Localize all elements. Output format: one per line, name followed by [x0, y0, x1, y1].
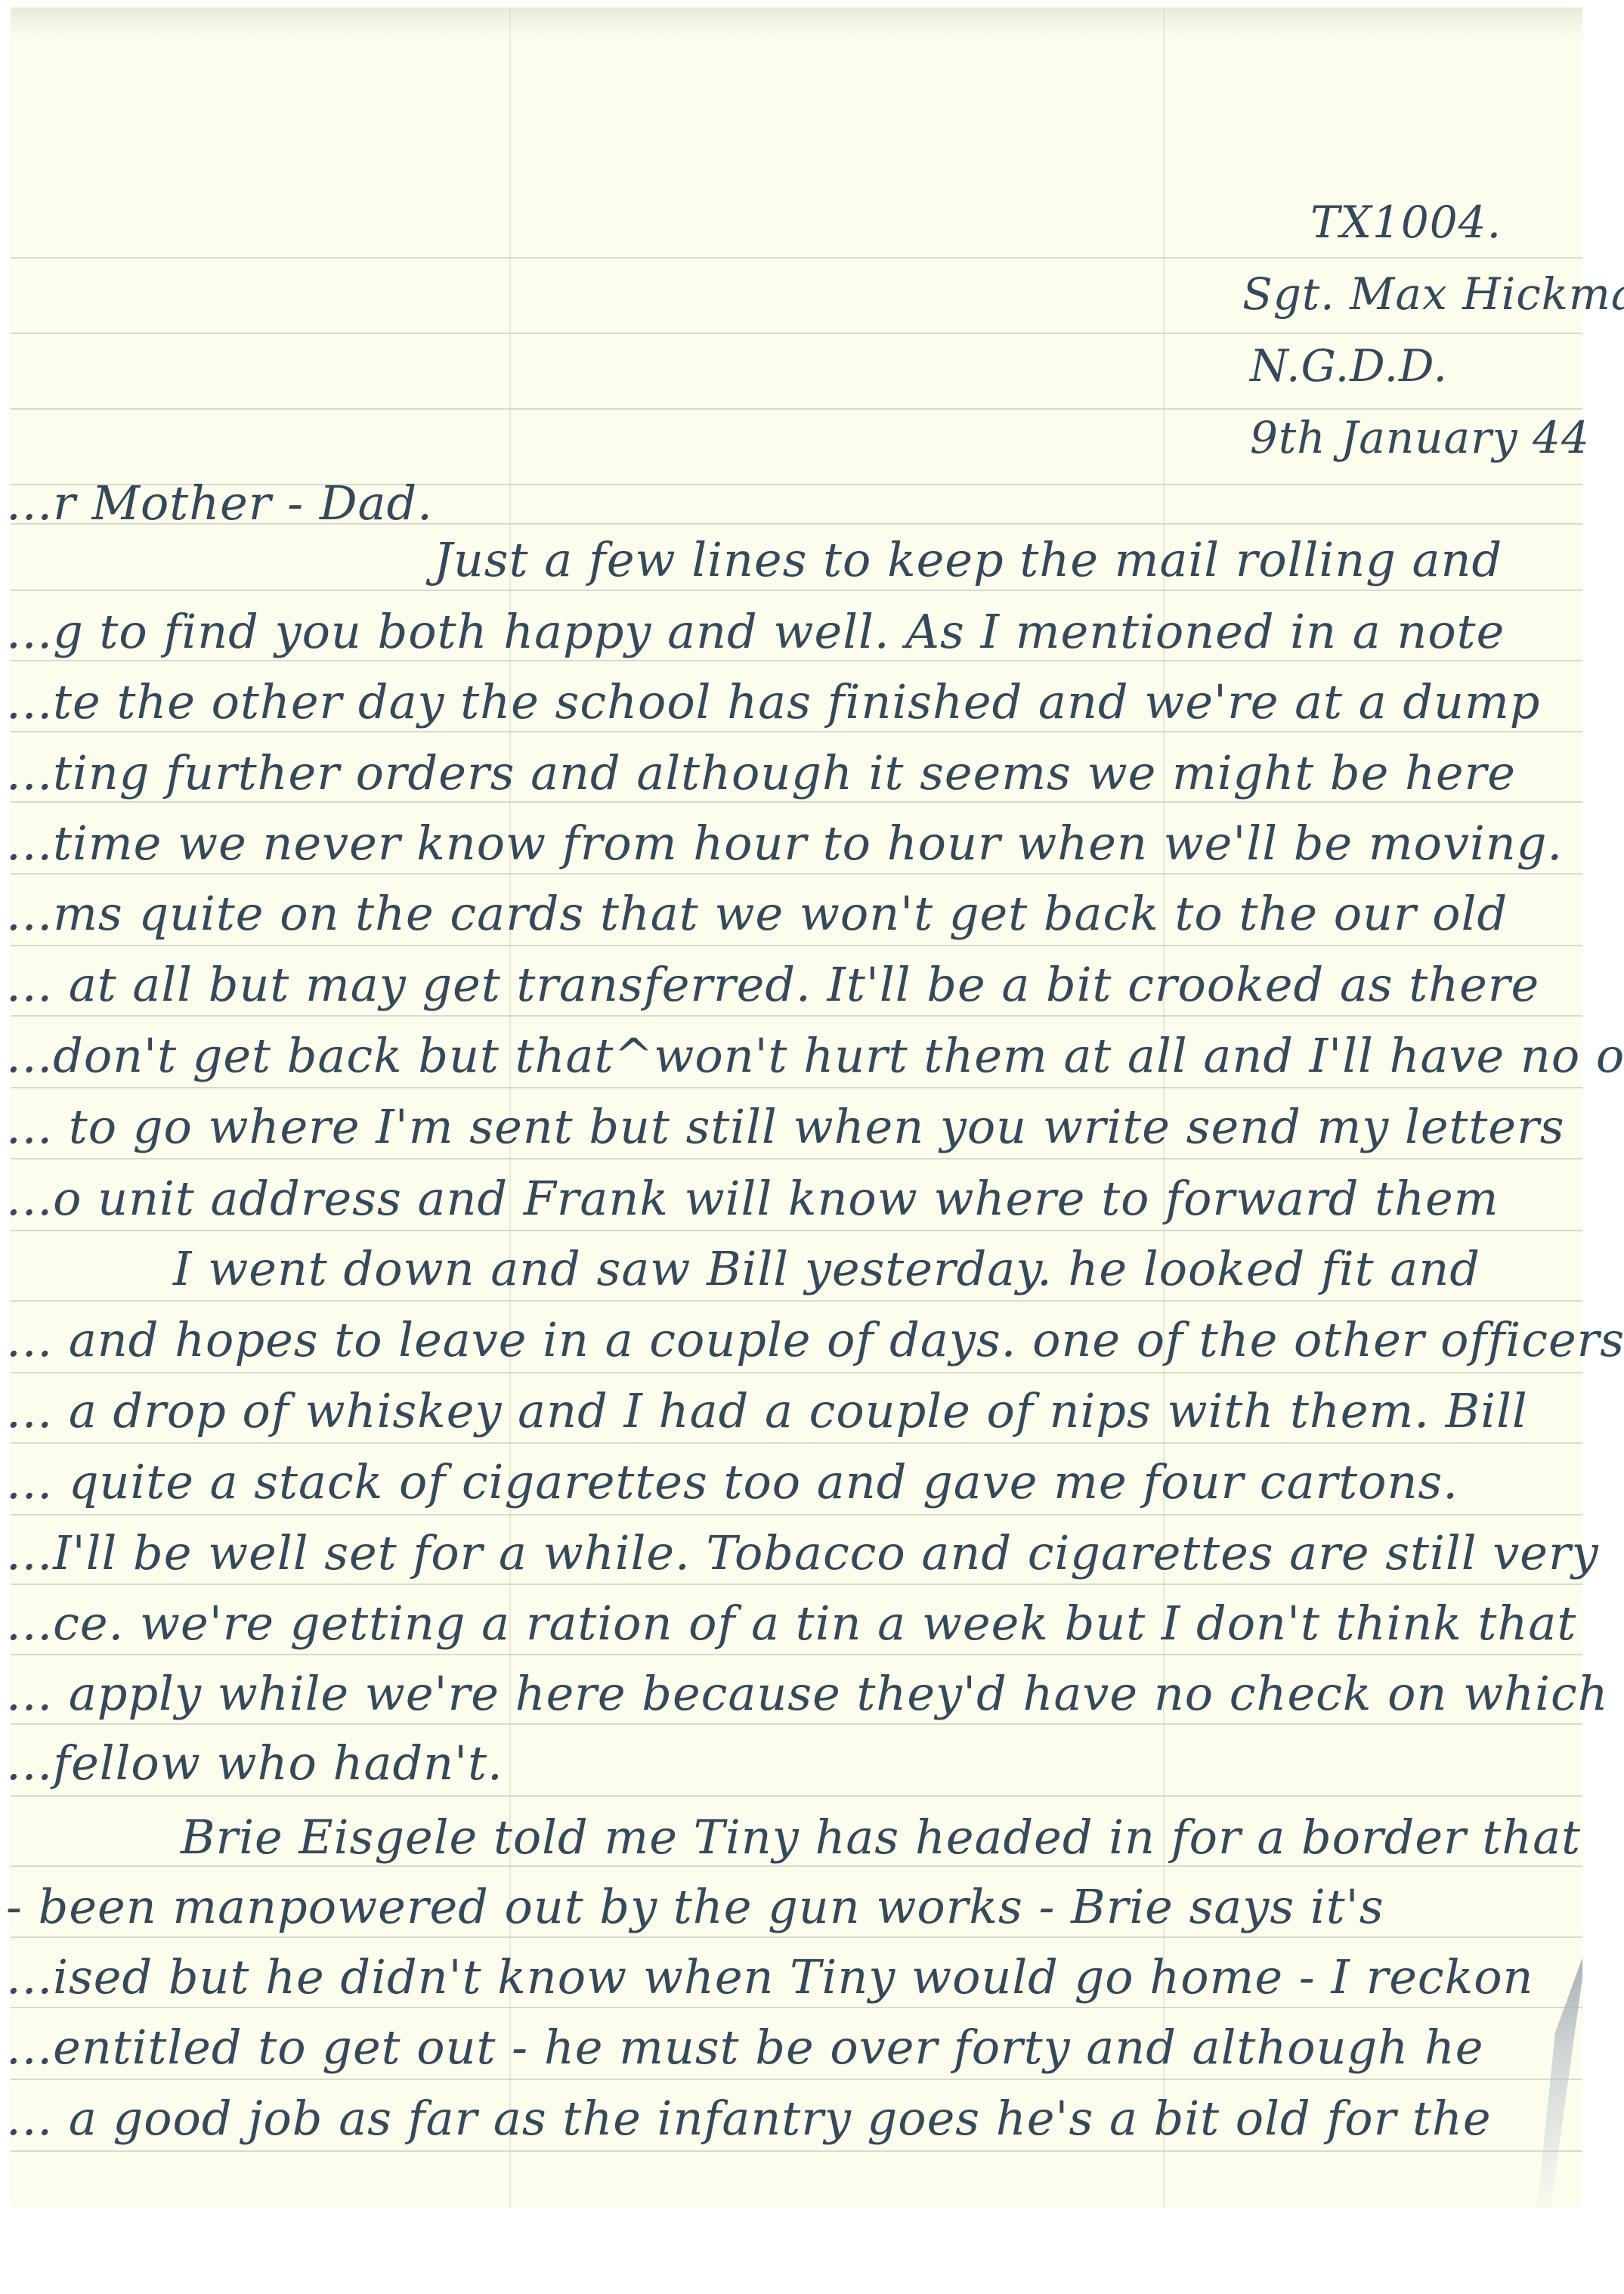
- letter-line: ... a good job as far as the infantry go…: [6, 2095, 1492, 2142]
- ruled-line: [11, 1865, 1582, 1867]
- sender-name: Sgt. Max Hickman: [1242, 272, 1624, 316]
- ruled-line: [11, 1087, 1582, 1088]
- ruled-line: [11, 731, 1582, 732]
- ruled-line: [11, 1514, 1582, 1515]
- ruled-line: [11, 1372, 1582, 1373]
- letter-line: ... at all but may get transferred. It'l…: [6, 961, 1539, 1008]
- letter-line: ...don't get back but that^won't hurt th…: [6, 1032, 1624, 1079]
- ruled-line: [11, 1723, 1582, 1725]
- letter-line: ... and hopes to leave in a couple of da…: [6, 1317, 1624, 1364]
- page-corner-curl: [1537, 1958, 1582, 2207]
- service-number: TX1004.: [1310, 200, 1502, 244]
- letter-line: ...ms quite on the cards that we won't g…: [6, 890, 1508, 937]
- ruled-line: [11, 1158, 1582, 1159]
- letter-line: ... to go where I'm sent but still when …: [6, 1104, 1565, 1150]
- letter-line: ... apply while we're here because they'…: [6, 1670, 1609, 1717]
- ruled-line: [11, 801, 1582, 803]
- letter-line: ...ised but he didn't know when Tiny wou…: [6, 1954, 1533, 2001]
- letter-line: ...fellow who hadn't.: [6, 1740, 503, 1787]
- ruled-line: [11, 1442, 1582, 1444]
- letter-line: ...o unit address and Frank will know wh…: [6, 1175, 1499, 1222]
- ruled-line: [11, 2079, 1582, 2080]
- ruled-line: [11, 1584, 1582, 1585]
- ruled-line: [11, 257, 1582, 259]
- letter-date: 9th January 44: [1250, 416, 1590, 460]
- letter-line: ...g to find you both happy and well. As…: [6, 608, 1505, 655]
- letter-line: ...ce. we're getting a ration of a tin a…: [6, 1600, 1576, 1647]
- ruled-line: [11, 1230, 1582, 1231]
- letter-line: Just a few lines to keep the mail rollin…: [434, 537, 1502, 584]
- letter-line: ...ting further orders and although it s…: [6, 750, 1516, 797]
- letter-line: - been manpowered out by the gun works -…: [6, 1884, 1384, 1930]
- ruled-line: [11, 1300, 1582, 1302]
- ruled-line: [11, 660, 1582, 661]
- letter-line: ...entitled to get out - he must be over…: [6, 2024, 1483, 2071]
- salutation: ...r Mother - Dad.: [6, 480, 433, 527]
- ruled-line: [11, 2150, 1582, 2152]
- letter-line: ...te the other day the school has finis…: [6, 679, 1540, 726]
- letter-line: ... a drop of whiskey and I had a couple…: [6, 1388, 1528, 1435]
- letter-page: TX1004. Sgt. Max Hickman N.G.D.D. 9th Ja…: [11, 8, 1582, 2207]
- ruled-line: [11, 333, 1582, 334]
- ruled-line: [11, 1936, 1582, 1938]
- letter-line: Brie Eisgele told me Tiny has headed in …: [181, 1814, 1581, 1861]
- letter-line: I went down and saw Bill yesterday. he l…: [173, 1246, 1480, 1293]
- ruled-line: [11, 945, 1582, 946]
- ruled-line: [11, 1015, 1582, 1017]
- ruled-line: [11, 590, 1582, 591]
- letter-line: ...I'll be well set for a while. Tobacco…: [6, 1530, 1599, 1577]
- letter-line: ... quite a stack of cigarettes too and …: [6, 1459, 1459, 1506]
- ruled-line: [11, 873, 1582, 875]
- ruled-line: [11, 1795, 1582, 1797]
- sender-unit: N.G.D.D.: [1250, 344, 1448, 388]
- ruled-line: [11, 2007, 1582, 2008]
- ruled-line: [11, 408, 1582, 410]
- ruled-line: [11, 1654, 1582, 1655]
- letter-line: ...time we never know from hour to hour …: [6, 820, 1563, 867]
